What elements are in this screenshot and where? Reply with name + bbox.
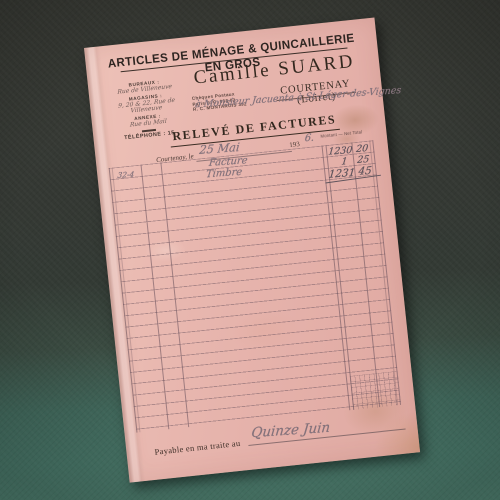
invoice-paper: ARTICLES DE MÉNAGE & QUINCAILLERIE EN GR… <box>84 17 420 482</box>
table-border-left-inner <box>112 168 141 433</box>
table-row-label: Timbre <box>205 167 242 181</box>
footer-printed-text: Payable en ma traite au <box>154 438 241 457</box>
margin-reference: 32-4 <box>117 170 135 180</box>
table-border-left <box>109 168 138 433</box>
totals-fine-grid <box>350 371 401 410</box>
table-row-francs: 1230 <box>328 145 353 158</box>
table-border-right <box>372 140 401 405</box>
table-border-right-inner <box>369 141 398 406</box>
table-row-francs: 1 <box>341 156 348 168</box>
document-title: RELEVÉ DE FACTURES <box>169 112 340 148</box>
table-amount-double-line-b <box>325 145 354 410</box>
table-amount-double-line-a <box>322 146 351 411</box>
statement-table: 32-4 Facture 1230 20 Timbre 1 25 1231 45 <box>109 140 401 432</box>
